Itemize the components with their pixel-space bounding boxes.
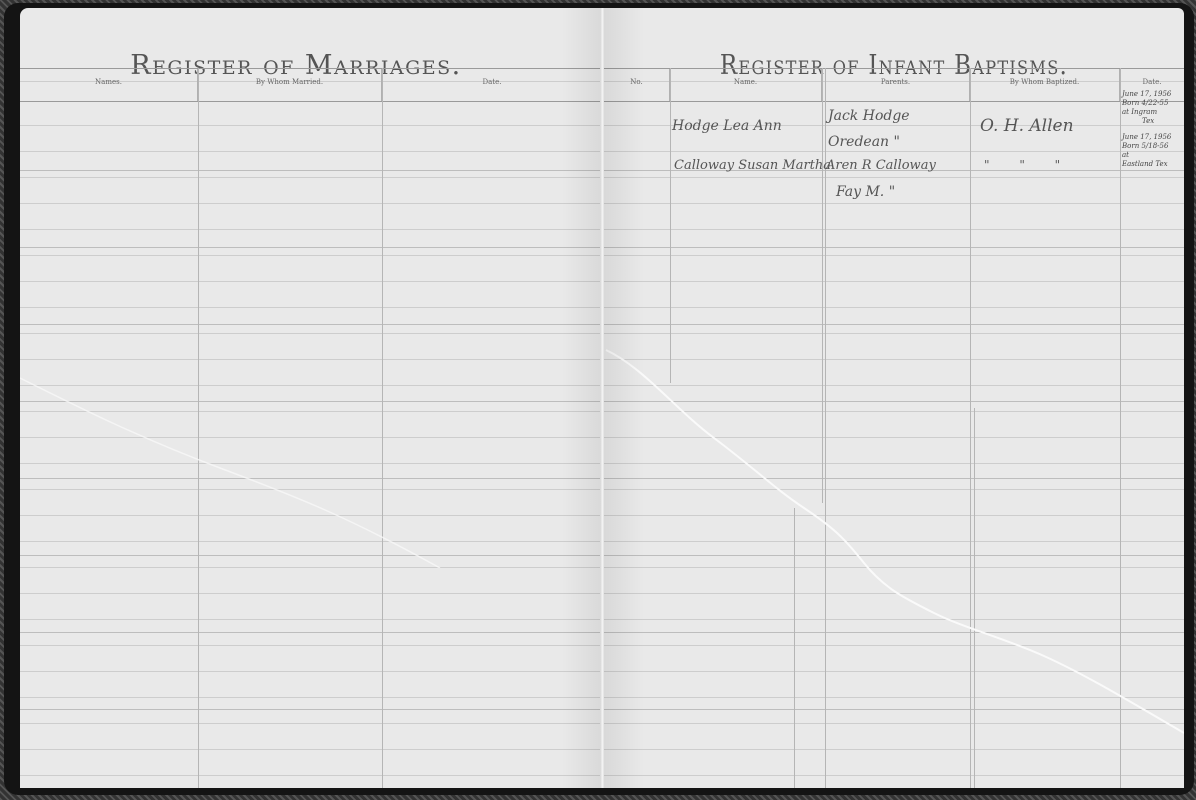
- row-divider: [604, 401, 1184, 402]
- row-divider: [604, 247, 1184, 248]
- left-page-marriages: Register of Marriages. Names. By Whom Ma…: [20, 8, 602, 788]
- column-rule: [794, 508, 795, 788]
- entry-1-parent-father: Jack Hodge: [828, 108, 910, 124]
- row-divider: [20, 478, 602, 479]
- entry-1-date-line: at Ingram: [1122, 108, 1171, 117]
- gutter-shadow: [604, 8, 644, 788]
- entry-1-name: Hodge Lea Ann: [672, 118, 782, 134]
- column-header-row: No. Name. Parents. By Whom Baptized. Dat…: [604, 68, 1184, 102]
- row-divider: [604, 632, 1184, 633]
- row-divider: [604, 478, 1184, 479]
- row-divider: [604, 324, 1184, 325]
- column-header-names: Names.: [20, 69, 198, 101]
- entry-1-date: June 17, 1956 Born 4/22-55 at Ingram Tex: [1122, 90, 1171, 126]
- ruled-lines: [604, 68, 1184, 788]
- entry-2-date-line: Eastland Tex: [1122, 160, 1171, 169]
- row-divider: [20, 555, 602, 556]
- column-rule: [670, 68, 671, 383]
- column-rule: [970, 68, 971, 788]
- column-rule: [382, 68, 383, 788]
- ruled-lines: [20, 68, 602, 788]
- entry-2-baptized-by: " " ": [984, 158, 1060, 172]
- entry-2-date-line: June 17, 1956: [1122, 133, 1171, 142]
- column-header-row: Names. By Whom Married. Date.: [20, 68, 602, 102]
- entry-1-date-line: Tex: [1122, 117, 1171, 126]
- row-divider: [604, 555, 1184, 556]
- column-rule: [1120, 68, 1121, 788]
- entry-1-parent-mother: Oredean ": [828, 134, 900, 150]
- entry-1-date-line: Born 4/22-55: [1122, 99, 1171, 108]
- row-divider: [604, 709, 1184, 710]
- column-header-by-whom-married: By Whom Married.: [198, 69, 382, 101]
- row-divider: [20, 632, 602, 633]
- entry-2-date-line: at: [1122, 151, 1171, 160]
- right-page-baptisms: Register of Infant Baptisms. No. Name. P…: [604, 8, 1184, 788]
- entry-2-name: Calloway Susan Martha: [674, 158, 831, 173]
- row-divider: [20, 170, 602, 171]
- row-divider: [20, 324, 602, 325]
- entry-2-parent-mother: Fay M. ": [836, 184, 895, 200]
- column-header-by-whom-baptized: By Whom Baptized.: [970, 69, 1120, 101]
- column-header-parents: Parents.: [822, 69, 970, 101]
- entry-1-baptized-by: O. H. Allen: [980, 116, 1074, 136]
- row-divider: [20, 247, 602, 248]
- column-rule: [822, 68, 823, 503]
- row-divider: [20, 709, 602, 710]
- column-rule: [974, 408, 975, 788]
- entry-2-date: June 17, 1956 Born 5/18-56 at Eastland T…: [1122, 133, 1171, 169]
- gutter-shadow: [562, 8, 602, 788]
- entry-1-date-line: June 17, 1956: [1122, 90, 1171, 99]
- entry-2-date-line: Born 5/18-56: [1122, 142, 1171, 151]
- entry-2-parent-father: Aren R Calloway: [826, 158, 936, 173]
- row-divider: [20, 401, 602, 402]
- column-header-name: Name.: [670, 69, 822, 101]
- column-rule: [198, 68, 199, 788]
- column-rule: [825, 68, 826, 788]
